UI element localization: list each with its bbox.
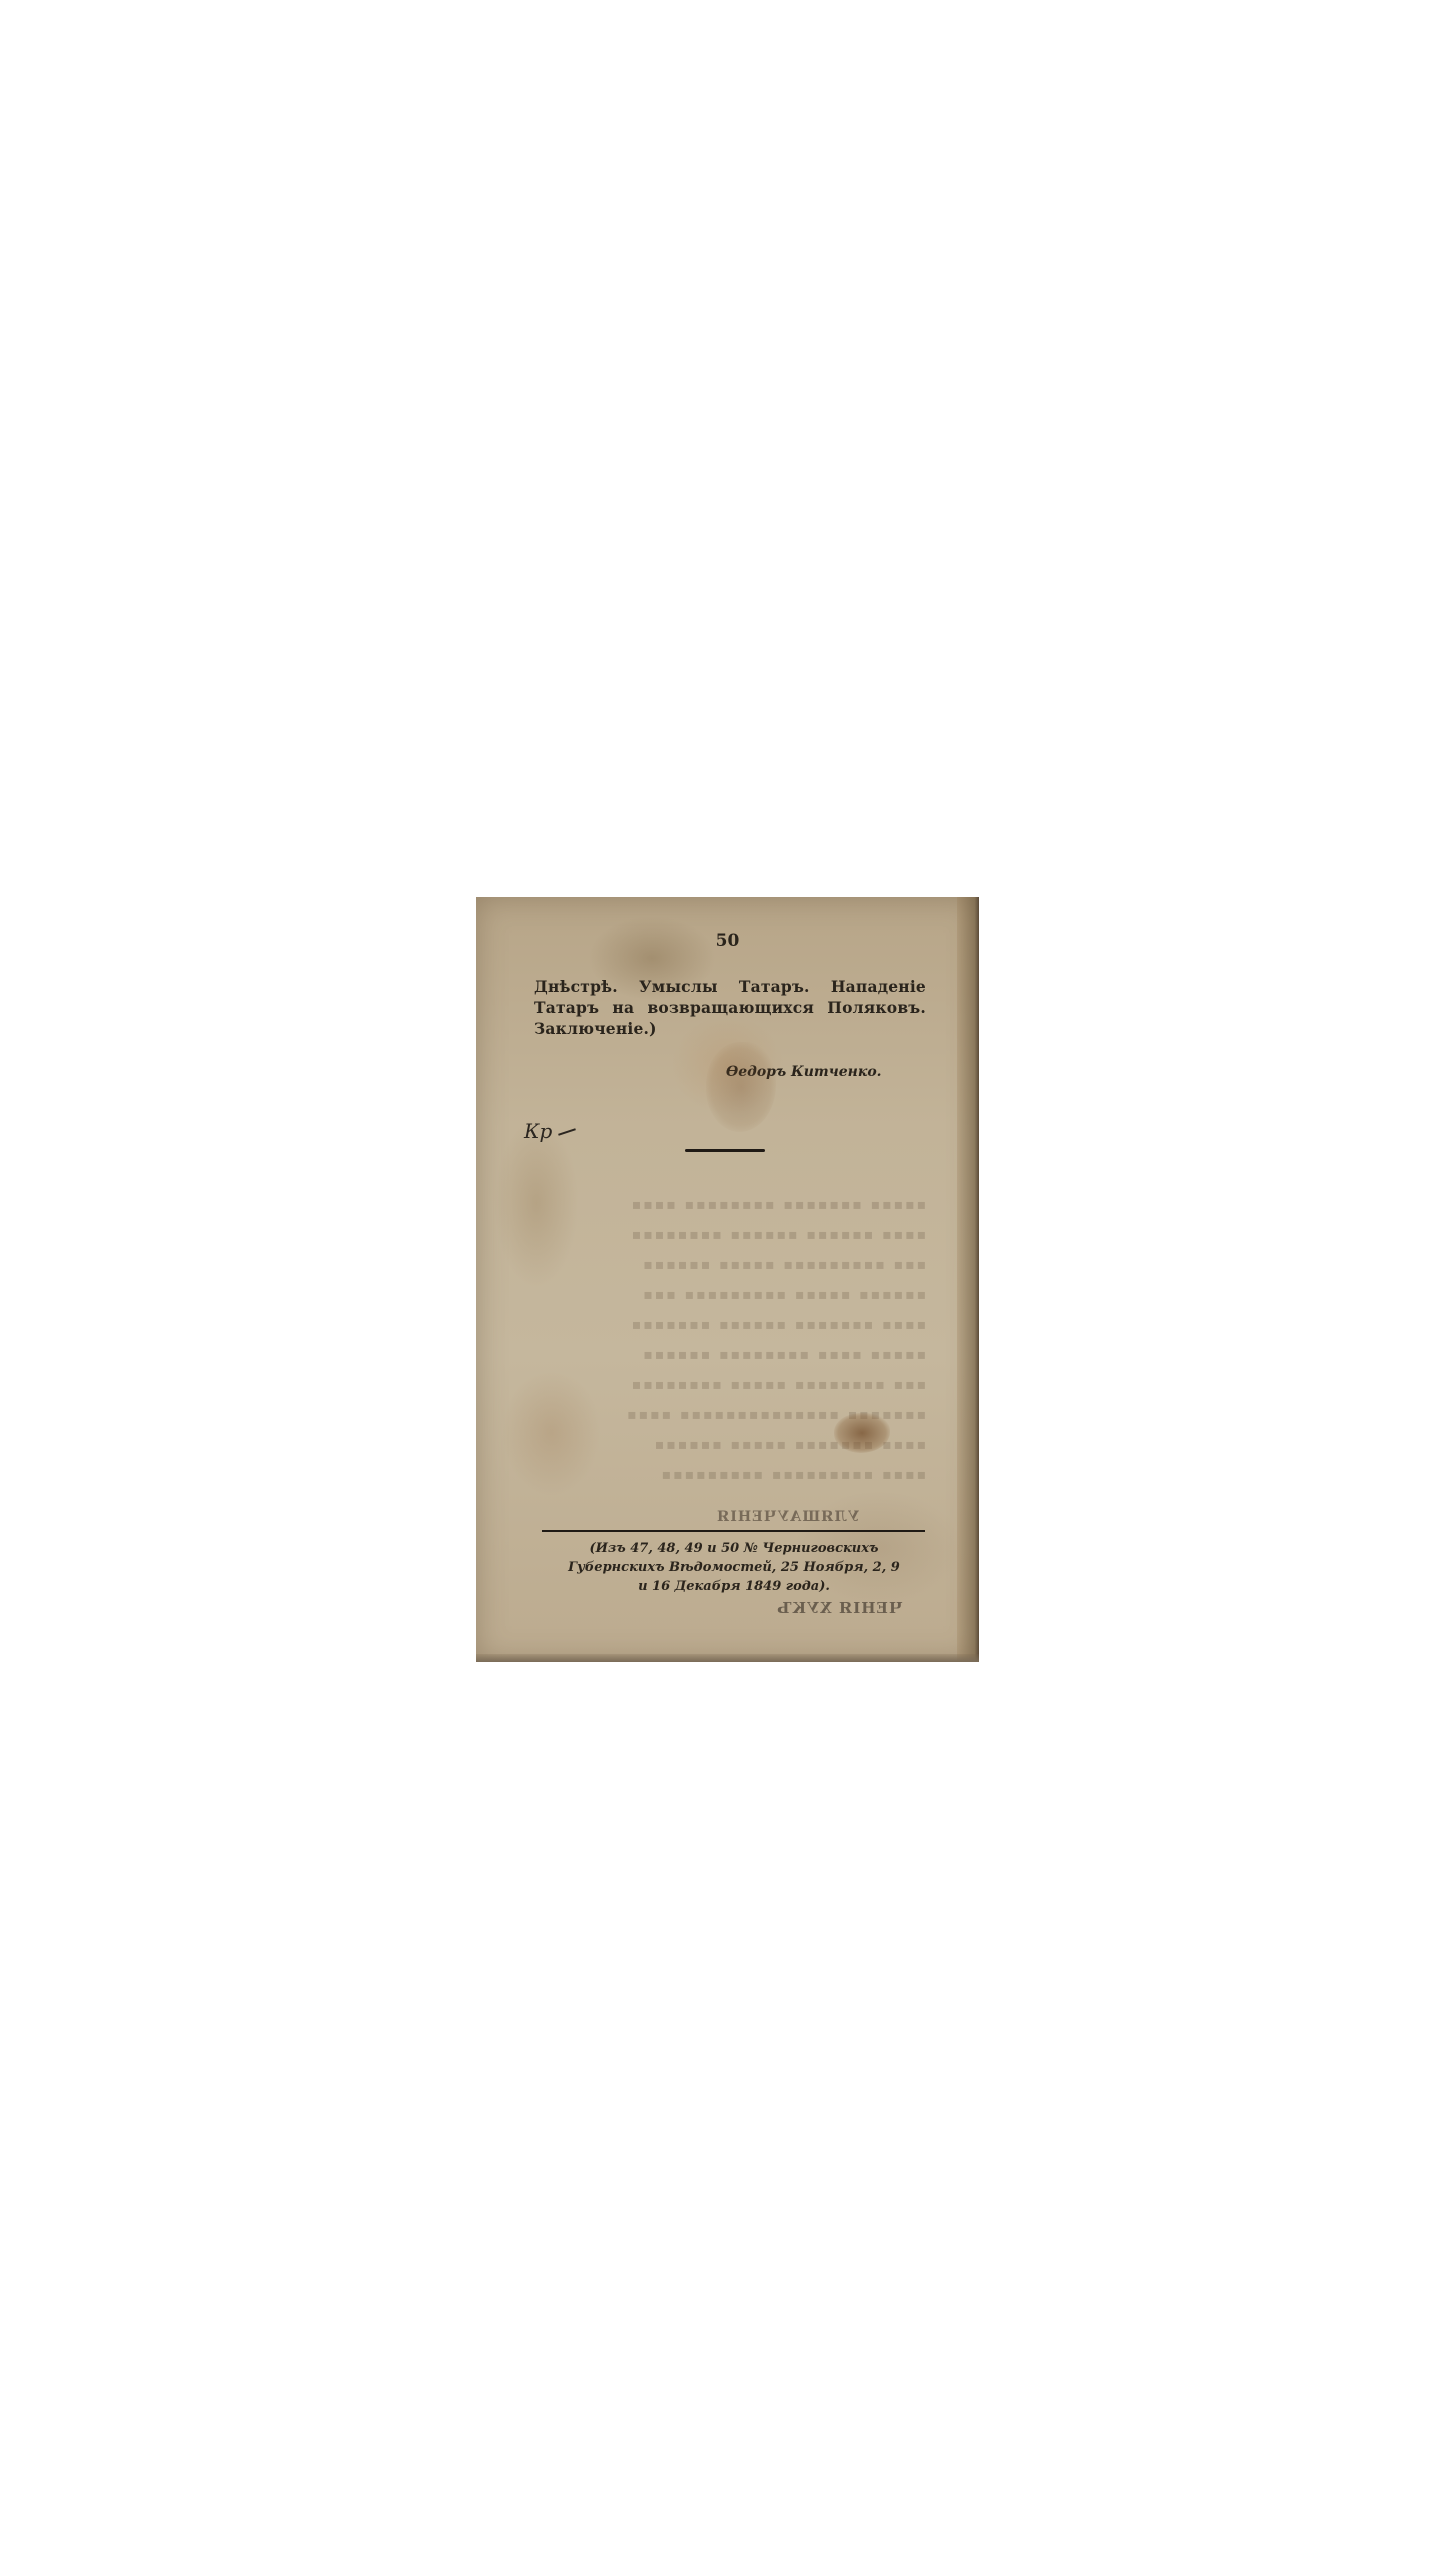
section-separator bbox=[685, 1149, 765, 1152]
document-page: 50 Днѣстрѣ. Умыслы Татаръ. Нападенiе Тат… bbox=[476, 897, 979, 1662]
stain bbox=[706, 1042, 776, 1132]
bleed-through-line: ▪▪▪ ▪▪▪▪▪▪▪▪▪ ▪▪▪▪▪ ▪▪▪▪▪▪ bbox=[536, 1257, 926, 1273]
bleed-through-line: ▪▪▪▪▪ ▪▪▪▪ ▪▪▪▪▪▪▪▪ ▪▪▪▪▪▪ bbox=[536, 1347, 926, 1363]
handwritten-note: Кр bbox=[524, 1119, 552, 1143]
source-note-line: (Изъ 47, 48, 49 и 50 № Черниговскихъ bbox=[546, 1539, 922, 1558]
bleed-through-line: ▪▪▪▪ ▪▪▪▪▪▪▪ ▪▪▪▪▪▪ ▪▪▪▪▪▪▪ bbox=[536, 1317, 926, 1333]
mirrored-bleed-footer: ЧЕНIЯ ХУКЪ bbox=[776, 1599, 903, 1617]
source-note: (Изъ 47, 48, 49 и 50 № Черниговскихъ Губ… bbox=[546, 1539, 922, 1596]
page-edge-right bbox=[957, 897, 979, 1662]
source-note-line: Губернскихъ Вѣдомостей, 25 Ноября, 2, 9 bbox=[546, 1558, 922, 1577]
bleed-through-line: ▪▪▪ ▪▪▪▪▪▪▪▪ ▪▪▪▪▪ ▪▪▪▪▪▪▪▪ bbox=[536, 1377, 926, 1393]
toc-text: Днѣстрѣ. Умыслы Татаръ. Нападенiе Татаръ… bbox=[534, 976, 926, 1039]
bleed-through-line: ▪▪▪▪▪ ▪▪▪▪▪▪▪ ▪▪▪▪▪▪▪▪ ▪▪▪▪ bbox=[536, 1197, 926, 1213]
bleed-through-line: ▪▪▪▪ ▪▪▪▪▪▪▪▪▪ ▪▪▪▪▪▪▪▪▪ bbox=[536, 1467, 926, 1483]
page-number: 50 bbox=[476, 931, 979, 951]
bleed-through-line: ▪▪▪▪ ▪▪▪▪▪▪ ▪▪▪▪▪▪ ▪▪▪▪▪▪▪▪ bbox=[536, 1227, 926, 1243]
mirrored-bleed-heading: УЛЯШАУЧЕНIЯ bbox=[716, 1509, 859, 1525]
source-note-line: и 16 Декабря 1849 года). bbox=[546, 1577, 922, 1596]
footer-rule bbox=[542, 1530, 925, 1532]
handwritten-dash bbox=[558, 1128, 576, 1135]
page-edge-bottom bbox=[476, 1654, 979, 1662]
bleed-through-line: ▪▪▪▪▪▪ ▪▪▪▪▪ ▪▪▪▪▪▪▪▪▪ ▪▪▪ bbox=[536, 1287, 926, 1303]
